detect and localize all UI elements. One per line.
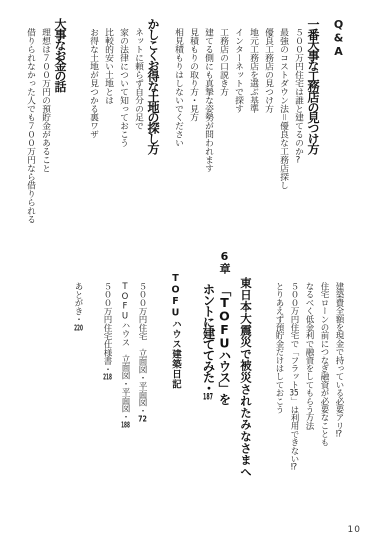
toc-item: 比較的安い土地とは	[100, 18, 115, 105]
toc-item: なるべく低金利で融資をしてもらう方法	[301, 248, 316, 430]
book-toc-page: Q&A 一番大事な工務店の見つけ方 ５００万円住宅は誰と建てるのか? 最強のコス…	[0, 0, 381, 556]
toc-item: 相見積もりはしないでください	[170, 18, 185, 147]
qa-label: Q&A	[331, 18, 346, 59]
toc-item: お得な土地が見つかる裏ワザ	[85, 18, 100, 139]
chapter6-page-number: 187	[203, 393, 213, 402]
item-text: 建築費全額を現金で持っている必要アリ⁉	[334, 282, 344, 439]
page-ref: 72	[138, 415, 147, 423]
toc-item: ５００万円住宅は誰と建てるのか?	[290, 18, 305, 165]
toc-item: 見積もりの取り方・見方	[185, 18, 200, 122]
toc-item: 地元工務店を選ぶ基準	[245, 18, 260, 113]
item-text: なるべく低金利で融資をしてもらう方法	[304, 282, 314, 430]
chapter6-title-text: 「TOFUハウス」を	[217, 284, 232, 404]
toc-item-with-page: あとがき・220	[70, 248, 86, 332]
item-text: ５００万円住宅 立面図・平面図・	[137, 282, 147, 415]
item-text: TOFUハウス 立面図・平面図・	[120, 282, 130, 421]
earthquake-dedication-heading: 東日本大震災で被災されたみなさまへ	[238, 248, 253, 478]
item-text: あとがき・	[73, 282, 83, 324]
item-text: 住宅ローンの前につなぎ融資が必要なことも	[319, 282, 329, 446]
toc-item-with-page: ５００万円住宅仕様書・218	[99, 248, 115, 381]
section-heading-finding-contractor: 一番大事な工務店の見つけ方	[305, 18, 320, 153]
toc-item: ５００万円住宅で「フラット35」は利用できない⁉	[286, 248, 301, 472]
chapter6-label: 6章	[218, 250, 231, 274]
chapter6-title-text: ホントに建ててみた・	[201, 283, 216, 393]
toc-item: 家の法律について知っておこう	[115, 18, 130, 147]
item-text: とりあえず預貯金だけはしておこう	[274, 282, 284, 413]
toc-item-with-page: ５００万円住宅 立面図・平面図・72	[134, 248, 150, 423]
chapter6-title-line2: ホントに建ててみた・187	[200, 248, 216, 404]
section-heading-finding-land: かしこくお得な土地の探し方	[145, 18, 160, 153]
item-text: 」は利用できない⁉	[289, 397, 299, 472]
toc-item: 最強のコストダウン法＝優良な工務店探し	[275, 18, 290, 190]
toc-top-band: Q&A 一番大事な工務店の見つけ方 ５００万円住宅は誰と建てるのか? 最強のコス…	[8, 18, 346, 250]
chapter6-title-line1: 6章「TOFUハウス」を	[216, 248, 232, 404]
chapter6-subtitle: TOFUハウス建築日記	[168, 248, 183, 389]
toc-bottom-band: 建築費全額を現金で持っている必要アリ⁉ 住宅ローンの前につなぎ融資が必要なことも…	[8, 248, 346, 466]
toc-item: 工務店の口説き方	[215, 18, 230, 96]
toc-item: 住宅ローンの前につなぎ融資が必要なことも	[316, 248, 331, 446]
toc-item: 借りられなかった人でも７００万円なら借りられる	[22, 18, 37, 224]
item-text: ５００万円住宅仕様書・	[102, 282, 112, 373]
item-text: ５００万円住宅で「フラット	[289, 282, 299, 389]
toc-item: 建てる側にも真摯な姿勢が問われます	[200, 18, 215, 173]
page-number: 10	[348, 525, 361, 535]
toc-item: 理想は７００万円の預貯金があること	[37, 18, 52, 173]
page-ref: 220	[74, 324, 83, 332]
chapter6-block: 6章「TOFUハウス」を ホントに建ててみた・187	[200, 248, 232, 404]
page-ref: 218	[103, 373, 112, 381]
toc-item: インターネットで探す	[230, 18, 245, 113]
toc-item: 優良工務店の見つけ方	[260, 18, 275, 113]
inline-number: 35	[289, 389, 299, 398]
page-ref: 188	[121, 421, 130, 429]
toc-item: とりあえず預貯金だけはしておこう	[271, 248, 286, 413]
toc-item-with-page: TOFUハウス 立面図・平面図・188	[117, 248, 133, 429]
toc-item: ネットに頼らず自分の足で	[130, 18, 145, 130]
section-heading-money-talk: 大事なお金の話	[52, 18, 67, 91]
toc-item: 建築費全額を現金で持っている必要アリ⁉	[331, 248, 346, 439]
